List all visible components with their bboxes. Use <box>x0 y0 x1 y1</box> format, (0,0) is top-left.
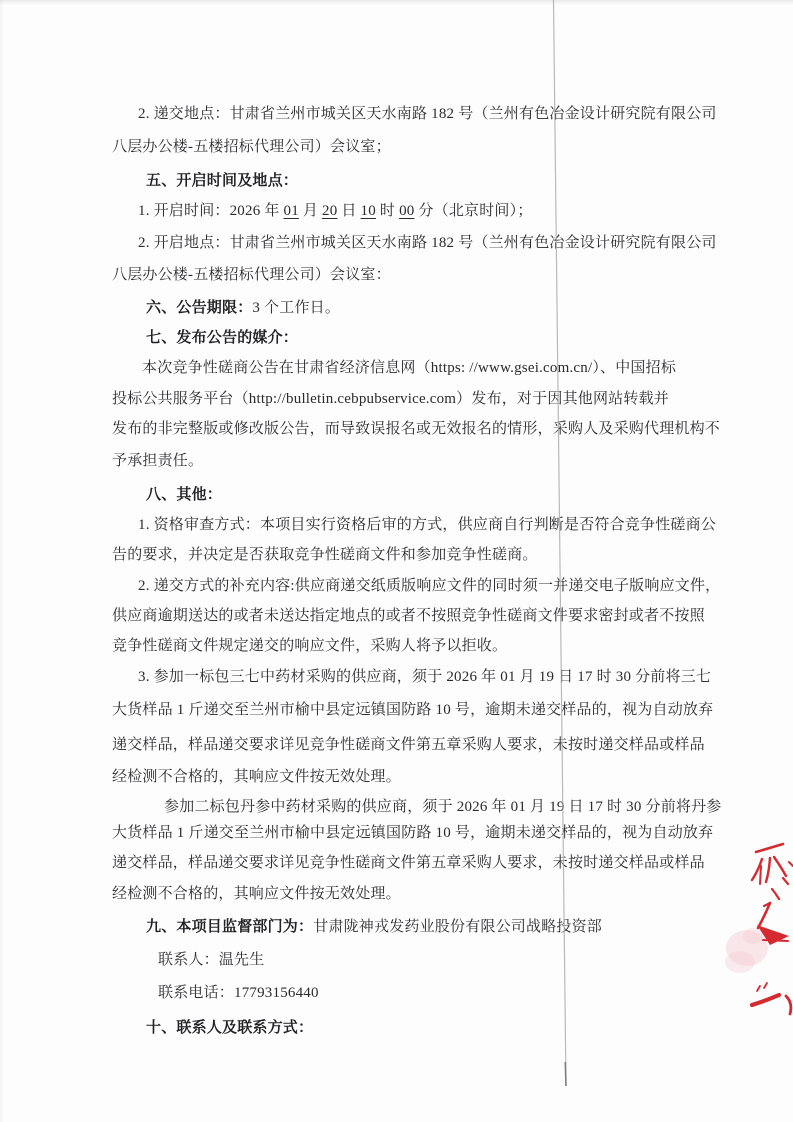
document-line: 投标公共服务平台（http://bulletin.cebpubservice.c… <box>112 389 669 410</box>
heading-text: 十、联系人及联系方式： <box>146 1020 313 1036</box>
document-line: 九、本项目监督部门为：甘肃陇神戎发药业股份有限公司战略投资部 <box>146 917 602 938</box>
document-line: 供应商逾期送达的或者未送达指定地点的或者不按照竞争性磋商文件要求密封或者不按照 <box>112 606 705 627</box>
body-text: 大货样品 1 斤递交至兰州市榆中县定远镇国防路 10 号，逾期未递交样品的，视为… <box>112 825 713 841</box>
document-line: 参加二标包丹参中药材采购的供应商，须于 2026 年 01 月 19 日 17 … <box>164 797 722 818</box>
document-line: 经检测不合格的，其响应文件按无效处理。 <box>112 884 401 905</box>
document-line: 六、公告期限：3 个工作日。 <box>146 298 340 319</box>
body-text: 递交样品，样品递交要求详见竞争性磋商文件第五章采购人要求，未按时递交样品或样品 <box>112 737 705 753</box>
body-text: 大货样品 1 斤递交至兰州市榆中县定远镇国防路 10 号，逾期未递交样品的，视为… <box>112 702 713 718</box>
document-line: 五、开启时间及地点： <box>146 171 298 192</box>
body-text: 联系电话：17793156440 <box>158 985 319 1001</box>
heading-text: 八、其他： <box>146 487 222 503</box>
document-line: 3. 参加一标包三七中药材采购的供应商，须于 2026 年 01 月 19 日 … <box>138 667 711 688</box>
body-text: 2. 递交地点：甘肃省兰州市城关区天水南路 182 号（兰州有色冶金设计研究院有… <box>138 106 717 122</box>
heading-text: 九、本项目监督部门为： <box>146 919 313 935</box>
document-body: 2. 递交地点：甘肃省兰州市城关区天水南路 182 号（兰州有色冶金设计研究院有… <box>112 0 752 1122</box>
body-text: 10 <box>361 203 376 219</box>
body-text: 00 <box>399 203 414 219</box>
body-text: 日 <box>337 203 360 219</box>
body-text: 予承担责任。 <box>112 453 203 469</box>
document-line: 大货样品 1 斤递交至兰州市榆中县定远镇国防路 10 号，逾期未递交样品的，视为… <box>112 700 713 721</box>
document-line: 竞争性磋商文件规定递交的响应文件，采购人将予以拒收。 <box>112 636 507 657</box>
body-text: 1. 资格审查方式：本项目实行资格后审的方式，供应商自行判断是否符合竞争性磋商公 <box>138 517 716 533</box>
heading-text: 七、发布公告的媒介： <box>146 330 298 346</box>
document-line: 八层办公楼-五楼招标代理公司）会议室； <box>112 137 391 158</box>
document-line: 八、其他： <box>146 485 222 506</box>
body-text: 发布的非完整版或修改版公告，而导致误报名或无效报名的情形，采购人及采购代理机构不 <box>112 421 720 437</box>
document-line: 递交样品，样品递交要求详见竞争性磋商文件第五章采购人要求，未按时递交样品或样品 <box>112 735 705 756</box>
document-line: 2. 开启地点：甘肃省兰州市城关区天水南路 182 号（兰州有色冶金设计研究院有… <box>138 233 717 254</box>
body-text: 01 <box>284 203 299 219</box>
body-text: 2. 开启地点：甘肃省兰州市城关区天水南路 182 号（兰州有色冶金设计研究院有… <box>138 235 717 251</box>
body-text: 告的要求，并决定是否获取竞争性磋商文件和参加竞争性磋商。 <box>112 547 538 563</box>
document-line: 经检测不合格的，其响应文件按无效处理。 <box>112 767 401 788</box>
document-line: 大货样品 1 斤递交至兰州市榆中县定远镇国防路 10 号，逾期未递交样品的，视为… <box>112 823 713 844</box>
document-line: 2. 递交地点：甘肃省兰州市城关区天水南路 182 号（兰州有色冶金设计研究院有… <box>138 104 717 125</box>
heading-text: 五、开启时间及地点： <box>146 173 298 189</box>
body-text: 八层办公楼-五楼招标代理公司）会议室； <box>112 139 391 155</box>
document-line: 2. 递交方式的补充内容:供应商递交纸质版响应文件的同时须一并递交电子版响应文件… <box>138 576 720 597</box>
document-line: 联系人：温先生 <box>158 950 264 971</box>
document-line: 1. 开启时间：2026 年 01 月 20 日 10 时 00 分（北京时间）… <box>138 201 533 222</box>
body-text: 2. 递交方式的补充内容:供应商递交纸质版响应文件的同时须一并递交电子版响应文件… <box>138 578 720 594</box>
body-text: 递交样品，样品递交要求详见竞争性磋商文件第五章采购人要求，未按时递交样品或样品 <box>112 855 705 871</box>
document-line: 递交样品，样品递交要求详见竞争性磋商文件第五章采购人要求，未按时递交样品或样品 <box>112 853 705 874</box>
body-text: 时 <box>376 203 399 219</box>
document-line: 八层办公楼-五楼招标代理公司）会议室： <box>112 265 391 286</box>
body-text: 竞争性磋商文件规定递交的响应文件，采购人将予以拒收。 <box>112 638 507 654</box>
body-text: 甘肃陇神戎发药业股份有限公司战略投资部 <box>313 919 602 935</box>
body-text: 月 <box>299 203 322 219</box>
body-text: 本次竞争性磋商公告在甘肃省经济信息网（https: //www.gsei.com… <box>142 360 676 376</box>
body-text: 20 <box>322 203 337 219</box>
body-text: 3. 参加一标包三七中药材采购的供应商，须于 2026 年 01 月 19 日 … <box>138 669 711 685</box>
document-line: 告的要求，并决定是否获取竞争性磋商文件和参加竞争性磋商。 <box>112 545 538 566</box>
body-text: 投标公共服务平台（http://bulletin.cebpubservice.c… <box>112 391 669 407</box>
document-line: 联系电话：17793156440 <box>158 983 319 1004</box>
body-text: 八层办公楼-五楼招标代理公司）会议室： <box>112 267 391 283</box>
document-line: 发布的非完整版或修改版公告，而导致误报名或无效报名的情形，采购人及采购代理机构不 <box>112 419 720 440</box>
body-text: 联系人：温先生 <box>158 952 264 968</box>
document-line: 七、发布公告的媒介： <box>146 328 298 349</box>
body-text: 参加二标包丹参中药材采购的供应商，须于 2026 年 01 月 19 日 17 … <box>164 799 722 815</box>
body-text: 3 个工作日。 <box>252 300 340 316</box>
heading-text: 六、公告期限： <box>146 300 252 316</box>
body-text: 供应商逾期送达的或者未送达指定地点的或者不按照竞争性磋商文件要求密封或者不按照 <box>112 608 705 624</box>
document-line: 予承担责任。 <box>112 451 203 472</box>
document-line: 十、联系人及联系方式： <box>146 1018 313 1039</box>
document-line: 本次竞争性磋商公告在甘肃省经济信息网（https: //www.gsei.com… <box>142 358 676 379</box>
body-text: 经检测不合格的，其响应文件按无效处理。 <box>112 886 401 902</box>
body-text: 1. 开启时间：2026 年 <box>138 203 284 219</box>
document-line: 1. 资格审查方式：本项目实行资格后审的方式，供应商自行判断是否符合竞争性磋商公 <box>138 515 716 536</box>
body-text: 分（北京时间）； <box>414 203 532 219</box>
body-text: 经检测不合格的，其响应文件按无效处理。 <box>112 769 401 785</box>
